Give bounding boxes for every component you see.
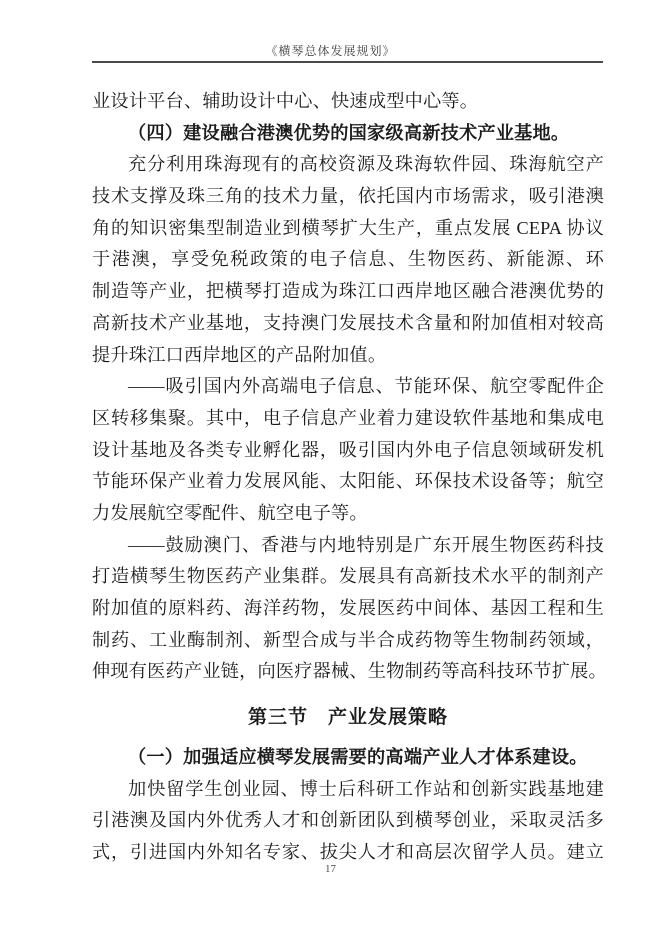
sub-heading-1: （一）加强适应横琴发展需要的高端产业人才体系建设。 xyxy=(92,742,604,774)
body-line: 制造等产业，把横琴打造成为珠江口西岸地区融合港澳优势的国家级 xyxy=(92,276,604,308)
body-line: 于港澳，享受免税政策的电子信息、生物医药、新能源、环保、航空 xyxy=(92,244,604,276)
sub-heading-4: （四）建设融合港澳优势的国家级高新技术产业基地。 xyxy=(92,118,604,150)
body-line: 节能环保产业着力发展风能、太阳能、环保技术设备等；航空产业着 xyxy=(92,466,604,498)
body-line: 加快留学生创业园、博士后科研工作站和创新实践基地建设，吸 xyxy=(92,774,604,806)
body-line: 伸现有医药产业链，向医疗器械、生物制药等高科技环节扩展。 xyxy=(92,656,604,688)
body-line: 区转移集聚。其中，电子信息产业着力建设软件基地和集成电路、IC xyxy=(92,403,604,435)
body-line: 引港澳及国内外优秀人才和创新团队到横琴创业，采取灵活多样的方 xyxy=(92,805,604,837)
body-line: 技术支撑及珠三角的技术力量，依托国内市场需求，吸引港澳及珠三 xyxy=(92,181,604,213)
body-line: 角的知识密集型制造业到横琴扩大生产，重点发展 CEPA 协议中原产 xyxy=(92,213,604,245)
page-number: 17 xyxy=(0,863,661,875)
body-line: ——鼓励澳门、香港与内地特别是广东开展生物医药科技合作， xyxy=(92,530,604,562)
body-line: ——吸引国内外高端电子信息、节能环保、航空零配件企业向园 xyxy=(92,371,604,403)
body-line: 附加值的原料药、海洋药物，发展医药中间体、基因工程和生物工程 xyxy=(92,593,604,625)
document-page: 《横琴总体发展规划》 业设计平台、辅助设计中心、快速成型中心等。 （四）建设融合… xyxy=(0,0,661,935)
body-line: 高新技术产业基地，支持澳门发展技术含量和附加值相对较高的工业， xyxy=(92,308,604,340)
document-body: 业设计平台、辅助设计中心、快速成型中心等。 （四）建设融合港澳优势的国家级高新技… xyxy=(92,86,604,869)
body-line: 充分利用珠海现有的高校资源及珠海软件园、珠海航空产业园的 xyxy=(92,149,604,181)
header-rule xyxy=(92,61,603,63)
section-heading: 第三节 产业发展策略 xyxy=(92,702,604,734)
body-line: 业设计平台、辅助设计中心、快速成型中心等。 xyxy=(92,86,604,118)
body-line: 打造横琴生物医药产业集群。发展具有高新技术水平的制剂产品、高 xyxy=(92,561,604,593)
body-line: 提升珠江口西岸地区的产品附加值。 xyxy=(92,340,604,372)
header-title: 《横琴总体发展规划》 xyxy=(0,42,661,59)
body-line: 力发展航空零配件、航空电子等。 xyxy=(92,498,604,530)
body-line: 制药、工业酶制剂、新型合成与半合成药物等生物制药领域，积极延 xyxy=(92,625,604,657)
body-line: 设计基地及各类专业孵化器，吸引国内外电子信息领域研发机构入驻； xyxy=(92,435,604,467)
